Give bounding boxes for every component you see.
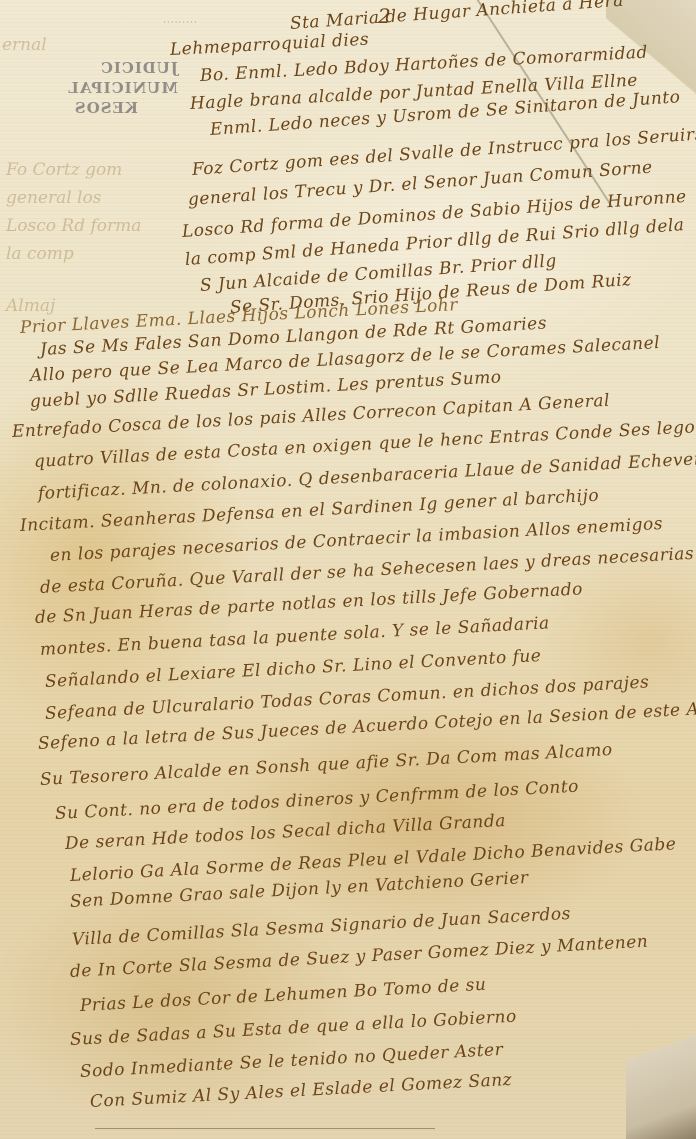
margin-ghost-text: Losco Rd forma: [6, 216, 141, 236]
manuscript-line: Sta Maria de Hugar Anchieta a Hera: [289, 0, 624, 34]
closing-rule: [95, 1128, 435, 1129]
margin-ghost-text: Fo Cortz gom: [6, 160, 122, 180]
stamp-line: KESOS: [38, 98, 178, 118]
margin-ghost-text: Almaj: [6, 296, 55, 316]
manuscript-page: ········· JUDICIC MUNICIPAL KESOS ernal …: [0, 0, 696, 1139]
bleed-through-stamp-header: ·········: [162, 18, 197, 28]
manuscript-line: Lehmeparroquial dies: [169, 30, 369, 60]
bleed-through-stamp: JUDICIC MUNICIPAL KESOS: [38, 58, 178, 118]
stamp-line: JUDICIC: [38, 58, 178, 78]
manuscript-line: Prias Le dos Cor de Lehumen Bo Tomo de s…: [79, 975, 486, 1016]
margin-ghost-text: ernal: [2, 35, 47, 55]
stamp-line: MUNICIPAL: [38, 78, 178, 98]
margin-ghost-text: la comp: [6, 244, 74, 264]
margin-ghost-text: general los: [6, 188, 101, 208]
curled-corner: [626, 989, 696, 1139]
